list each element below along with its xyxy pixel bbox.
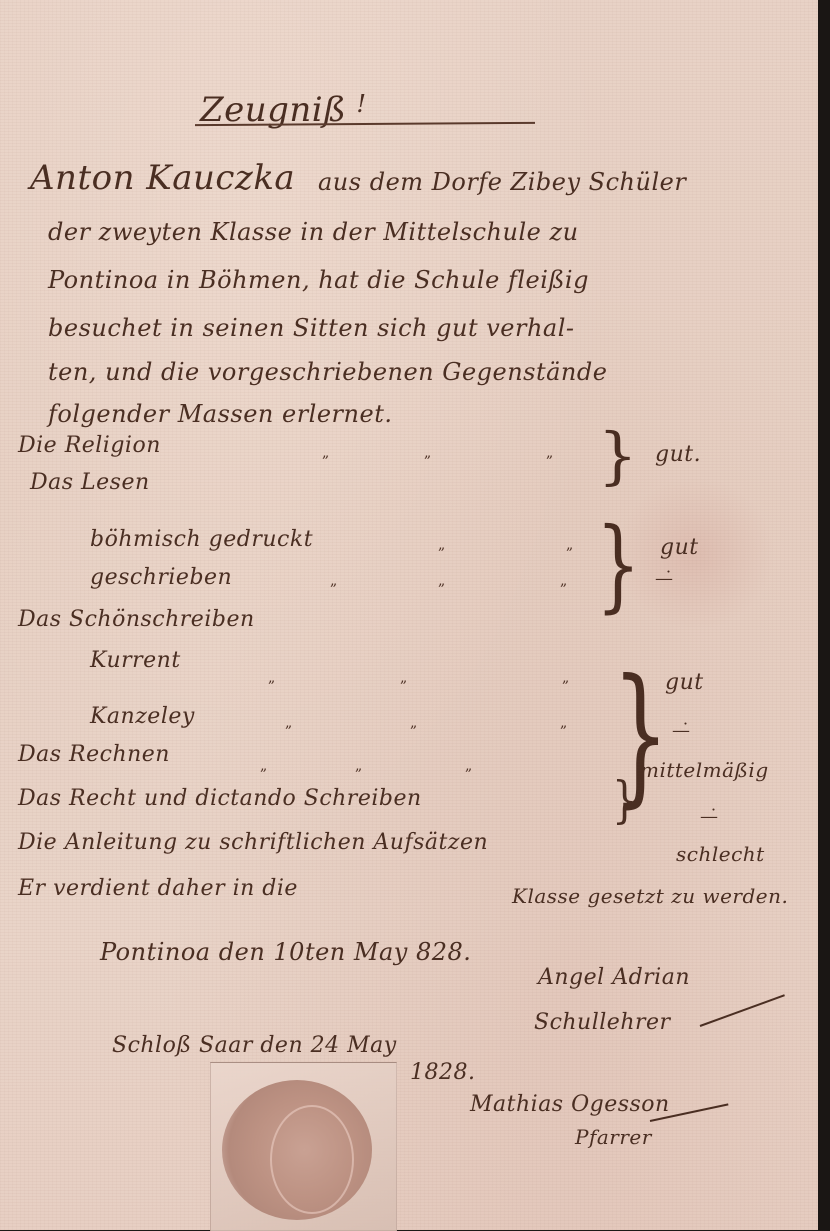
- ditto-mark: „: [560, 573, 567, 589]
- official-name: Mathias Ogesson: [470, 1092, 670, 1117]
- subject-kanzeley: Kanzeley: [90, 704, 195, 729]
- ditto-mark: „: [410, 715, 417, 731]
- subject-reading: Das Lesen: [30, 470, 150, 495]
- endorsement-year: 1828.: [410, 1060, 475, 1085]
- subject-kurrent: Kurrent: [90, 648, 181, 673]
- ditto-mark: „: [424, 445, 431, 461]
- place-date: Pontinoa den 10ten May 828.: [100, 938, 471, 966]
- subject-arithmetic: Das Rechnen: [18, 742, 170, 767]
- division-mark: —̇: [700, 806, 718, 827]
- ditto-mark: „: [438, 573, 445, 589]
- ditto-mark: „: [465, 758, 472, 774]
- official-title: Pfarrer: [575, 1125, 652, 1149]
- body-line-1: aus dem Dorfe Zibey Schüler: [318, 168, 686, 196]
- subject-religion: Die Religion: [18, 433, 161, 458]
- subject-calligraphy: Das Schönschreiben: [18, 607, 255, 632]
- conclusion-tail: Klasse gesetzt zu werden.: [512, 884, 788, 908]
- ditto-mark: „: [285, 715, 292, 731]
- endorsement-place-date: Schloß Saar den 24 May: [112, 1033, 397, 1058]
- ditto-mark: „: [268, 670, 275, 686]
- teacher-title: Schullehrer: [534, 1010, 671, 1035]
- brace-group-4: }: [612, 775, 637, 825]
- grade-religion-reading: gut.: [655, 442, 701, 467]
- ditto-mark: „: [330, 573, 337, 589]
- ditto-mark: „: [562, 670, 569, 686]
- subject-dictation: Das Recht und dictando Schreiben: [18, 786, 422, 811]
- grade-calligraphy: gut: [665, 670, 704, 695]
- brace-group-2: }: [596, 515, 641, 615]
- grade-arithmetic: mittelmäßig: [640, 758, 769, 782]
- grade-composition: schlecht: [676, 842, 765, 866]
- ditto-mark: „: [400, 670, 407, 686]
- ditto-mark: „: [546, 445, 553, 461]
- ditto-mark: „: [560, 715, 567, 731]
- division-mark: —̇: [672, 720, 690, 741]
- brace-group-1: }: [598, 425, 637, 487]
- ditto-mark: „: [355, 758, 362, 774]
- ditto-mark: „: [438, 537, 445, 553]
- division-mark: —̇: [655, 568, 673, 589]
- scan-edge: [818, 0, 830, 1230]
- body-line-4: besuchet in seinen Sitten sich gut verha…: [48, 314, 575, 342]
- body-line-6: folgender Massen erlernet.: [48, 400, 392, 428]
- subject-composition: Die Anleitung zu schriftlichen Aufsätzen: [18, 830, 488, 855]
- body-line-3: Pontinoa in Böhmen, hat die Schule fleiß…: [48, 266, 589, 294]
- student-name: Anton Kauczka: [30, 158, 295, 198]
- seal-emblem: [270, 1105, 354, 1214]
- subject-reading-written: geschrieben: [90, 565, 232, 590]
- conclusion-text: Er verdient daher in die: [18, 876, 298, 901]
- grade-reading-types: gut: [660, 535, 699, 560]
- ditto-mark: „: [322, 445, 329, 461]
- ditto-mark: „: [566, 537, 573, 553]
- body-line-2: der zweyten Klasse in der Mittelschule z…: [48, 218, 579, 246]
- body-line-5: ten, und die vorgeschriebenen Gegenständ…: [48, 358, 607, 386]
- ditto-mark: „: [260, 758, 267, 774]
- teacher-name: Angel Adrian: [538, 965, 690, 990]
- subject-reading-printed: böhmisch gedruckt: [90, 527, 313, 552]
